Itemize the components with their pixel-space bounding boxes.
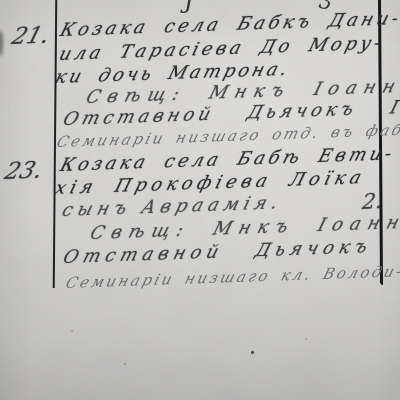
ink-speck — [71, 330, 73, 332]
handwritten-line: Семинаріи низшаго кл. Володи- — [64, 264, 400, 291]
ink-speck — [124, 363, 126, 365]
scanned-register-page: ƒ ʒ 21. 23. Козака села Бабкъ Дани- ила … — [0, 0, 400, 400]
ink-speck — [250, 350, 254, 354]
ink-speck — [305, 338, 307, 340]
entry-number-21: 21. — [9, 24, 52, 49]
handwritten-line: сынъ Авраамія. — [60, 194, 285, 220]
right-column-annotation: 2. — [361, 191, 384, 213]
entry-number-23: 23. — [2, 159, 45, 184]
cutoff-stroke-fragment-left: ƒ — [185, 0, 195, 13]
cutoff-stroke-fragment-right: ʒ — [319, 0, 335, 9]
left-edge-smudge — [0, 30, 3, 56]
